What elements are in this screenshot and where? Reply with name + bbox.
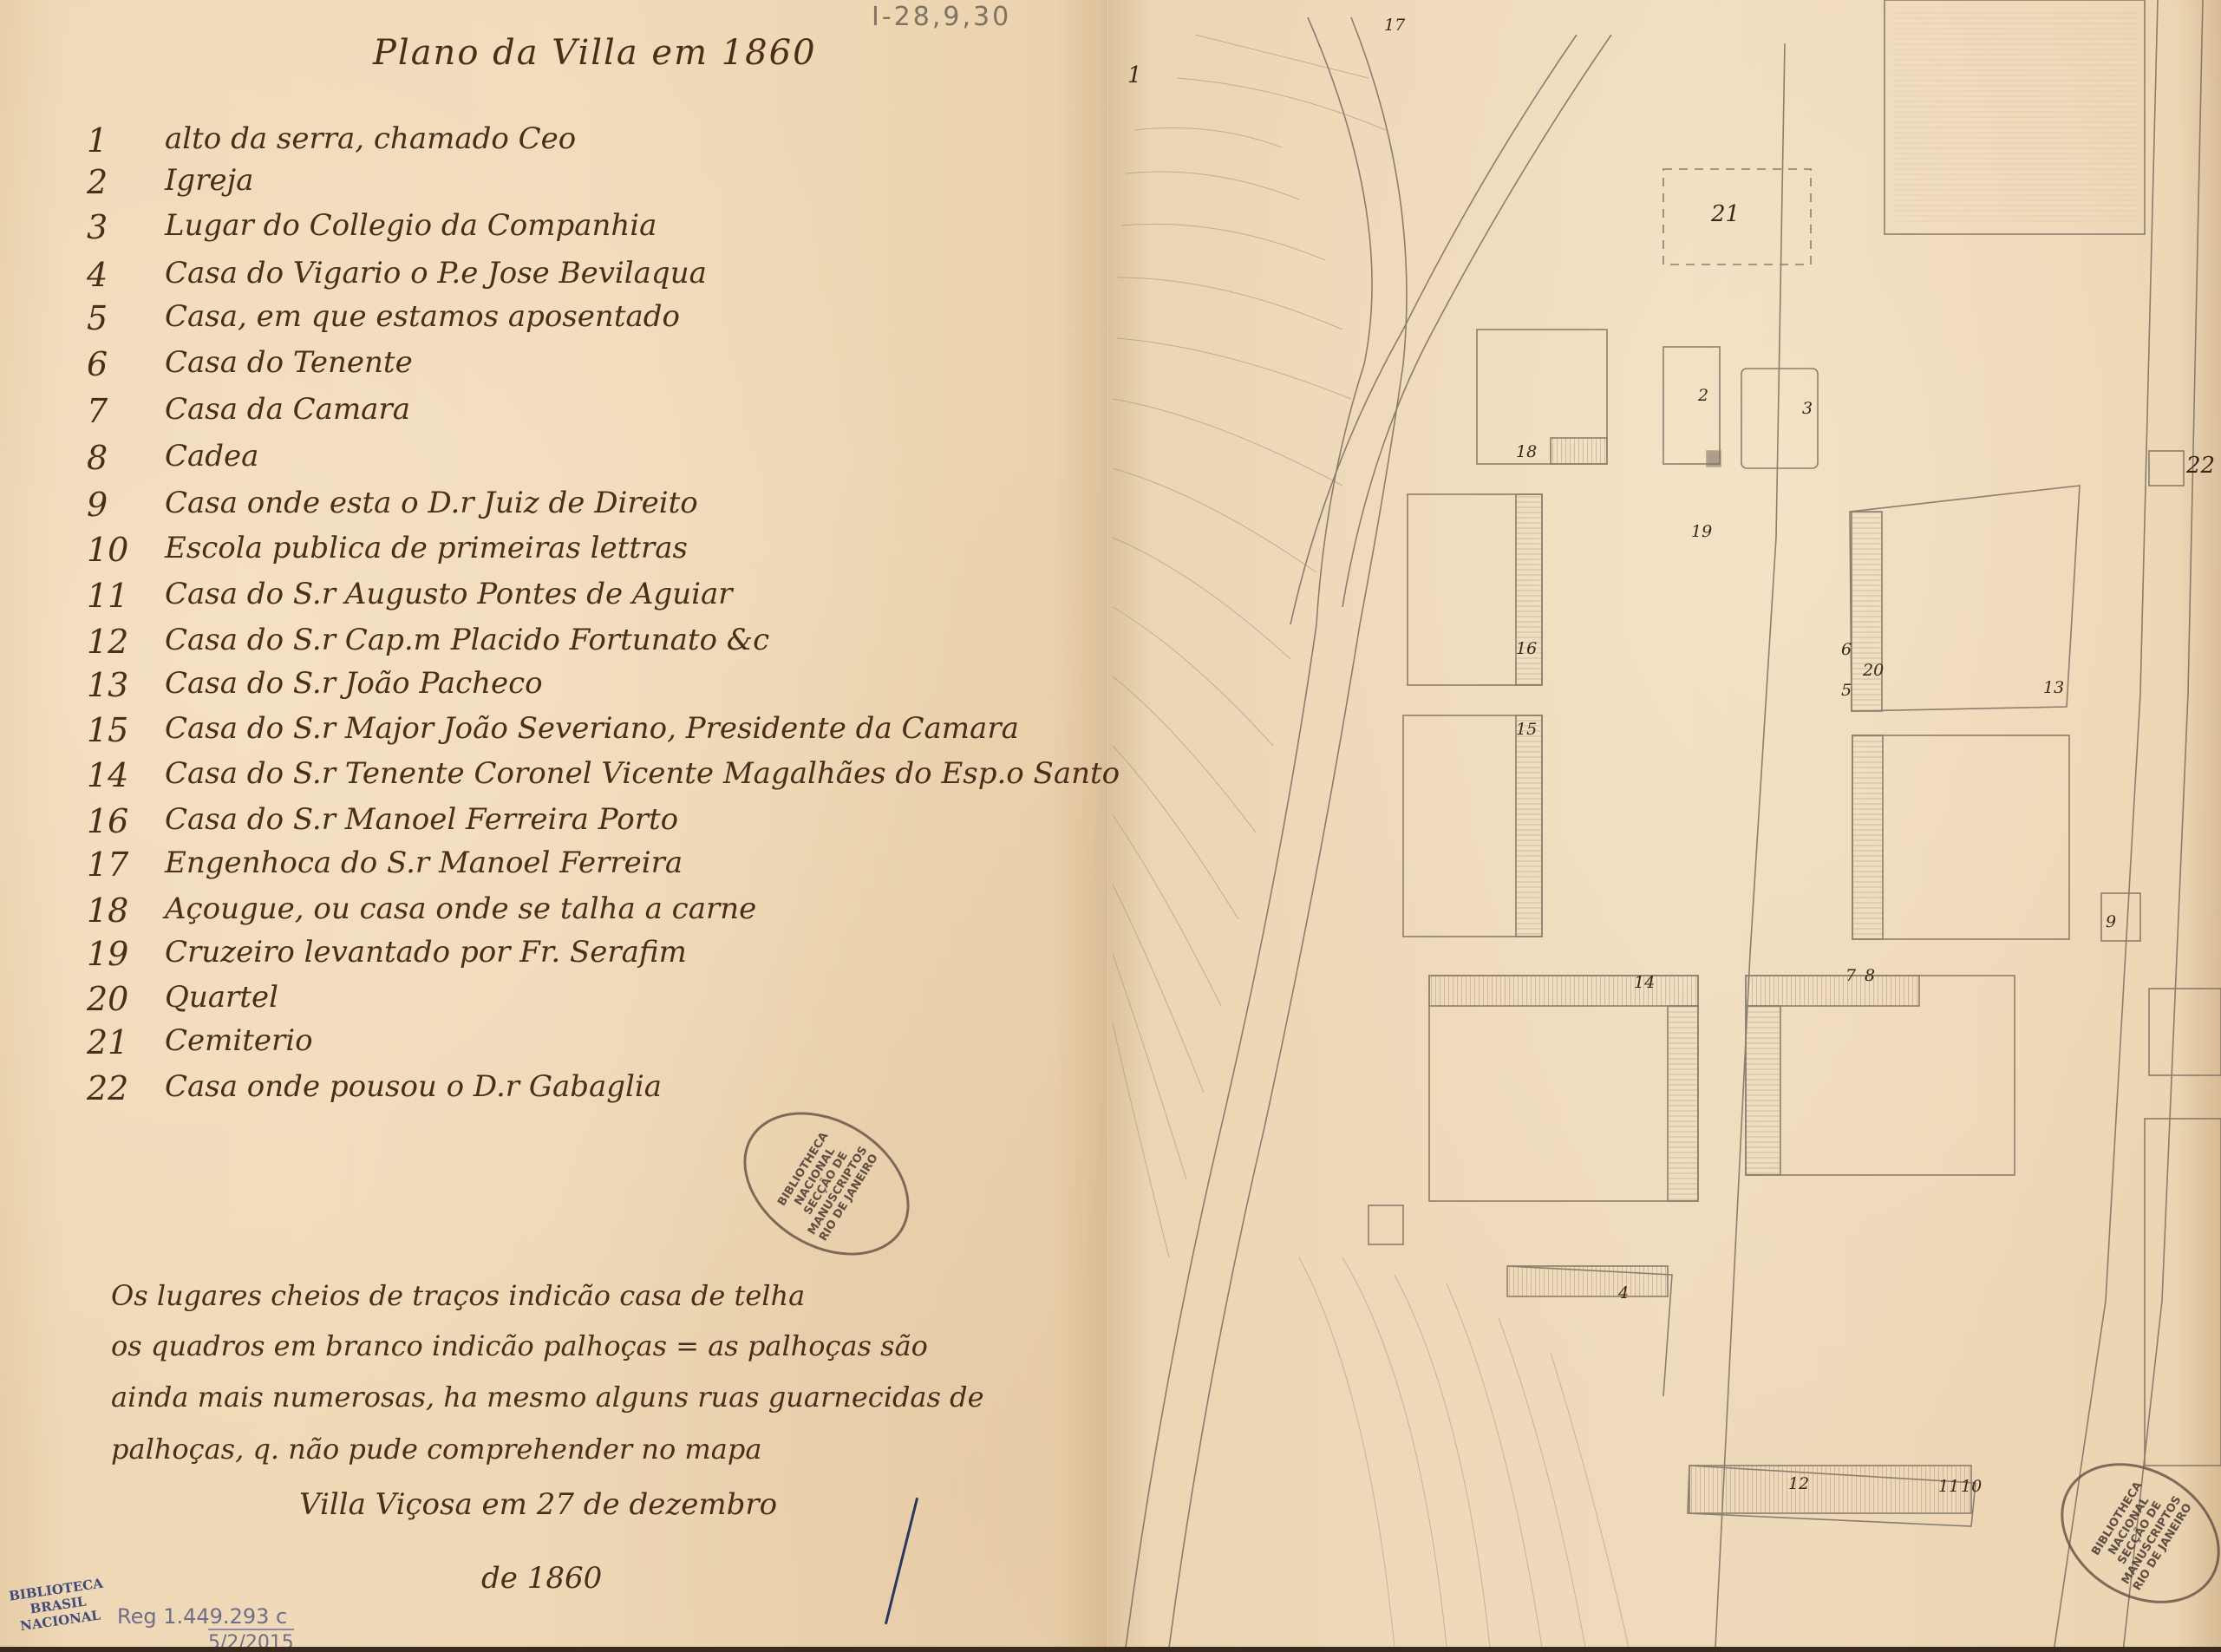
legend-number: 16 [87,802,156,840]
legend-text: Casa, em que estamos aposentado [165,299,680,334]
map-label-21: 21 [1711,201,1740,227]
legend-number: 19 [87,935,156,973]
legend-number: 11 [87,577,156,615]
legend-text: Casa onde esta o D.r Juiz de Direito [165,486,698,520]
legend-number: 8 [87,439,156,477]
map-label-5: 5 [1841,681,1852,700]
legend-number: 17 [87,846,156,884]
legend-number: 1 [87,121,156,160]
registration-number: Reg 1.449.293 c [117,1604,287,1629]
map-label-12: 12 [1788,1474,1809,1493]
legend-text: Casa do S.r João Pacheco [165,666,543,701]
legend-text: Casa do S.r Manoel Ferreira Porto [165,802,678,837]
note-line-4: palhoças, q. não pude comprehender no ma… [111,1433,761,1466]
legend-text: Casa do S.r Cap.m Placido Fortunato &c [165,623,769,657]
map-label-20: 20 [1863,661,1884,680]
map-label-16: 16 [1516,639,1537,658]
place-date: Villa Viçosa em 27 de dezembro [299,1487,777,1522]
legend-number: 10 [87,531,156,569]
year: de 1860 [481,1561,602,1596]
legend-text: alto da serra, chamado Ceo [165,121,576,156]
legend-text: Casa do S.r Tenente Coronel Vicente Maga… [165,756,1120,791]
map-label-1: 1 [1127,62,1142,88]
legend-text: Cadea [165,439,258,473]
legend-number: 4 [87,256,156,294]
note-line-1: Os lugares cheios de traços indicão casa… [111,1279,805,1312]
map-label-2: 2 [1698,386,1708,405]
map-label-15: 15 [1516,720,1537,739]
legend-text: Cemiterio [165,1023,313,1058]
legend-number: 13 [87,666,156,704]
map-label-10: 10 [1961,1477,1982,1496]
map-label-22: 22 [2186,453,2215,479]
legend-text: Quartel [165,980,278,1015]
legend-text: Cruzeiro levantado por Fr. Serafim [165,935,687,970]
legend-number: 3 [87,208,156,246]
village-map [1108,0,2221,1652]
legend-text: Engenhoca do S.r Manoel Ferreira [165,846,683,880]
map-label-14: 14 [1634,973,1655,992]
legend-number: 6 [87,345,156,383]
legend-text: Igreja [165,163,253,198]
legend-number: 15 [87,711,156,749]
legend-number: 14 [87,756,156,794]
legend-number: 22 [87,1069,156,1107]
map-label-18: 18 [1516,442,1537,461]
map-label-4: 4 [1618,1283,1629,1303]
legend-text: Casa do Vigario o P.e Jose Bevilaqua [165,256,707,291]
map-label-17: 17 [1384,16,1405,35]
map-label-13: 13 [2043,678,2064,697]
legend-number: 9 [87,486,156,524]
hillside-hatching [1113,35,1386,1257]
legend-text: Casa da Camara [165,392,410,427]
legend-text: Escola publica de primeiras lettras [165,531,688,565]
map-label-3: 3 [1802,399,1813,418]
legend-number: 5 [87,299,156,337]
legend-number: 12 [87,623,156,661]
legend-text: Casa do S.r Major João Severiano, Presid… [165,711,1019,746]
note-line-3: ainda mais numerosas, ha mesmo alguns ru… [111,1381,984,1414]
note-line-2: os quadros em branco indicão palhoças = … [111,1329,928,1362]
legend-number: 2 [87,163,156,201]
page-bottom-edge [0,1647,2221,1652]
legend-number: 21 [87,1023,156,1061]
map-label-6: 6 [1841,640,1852,659]
legend-text: Casa onde pousou o D.r Gabaglia [165,1069,662,1104]
map-label-7: 7 [1845,966,1856,985]
legend-text: Casa do Tenente [165,345,413,380]
archive-reference: I-28,9,30 [872,2,1011,32]
map-label-11: 11 [1938,1477,1959,1496]
legend-text: Casa do S.r Augusto Pontes de Aguiar [165,577,733,611]
legend-number: 7 [87,392,156,430]
legend-number: 20 [87,980,156,1018]
map-label-9: 9 [2106,912,2116,931]
legend-text: Lugar do Collegio da Companhia [165,208,657,243]
document-title: Plano da Villa em 1860 [373,33,817,73]
map-label-8: 8 [1865,966,1875,985]
map-label-19: 19 [1691,522,1712,541]
legend-text: Açougue, ou casa onde se talha a carne [165,891,756,926]
legend-number: 18 [87,891,156,930]
